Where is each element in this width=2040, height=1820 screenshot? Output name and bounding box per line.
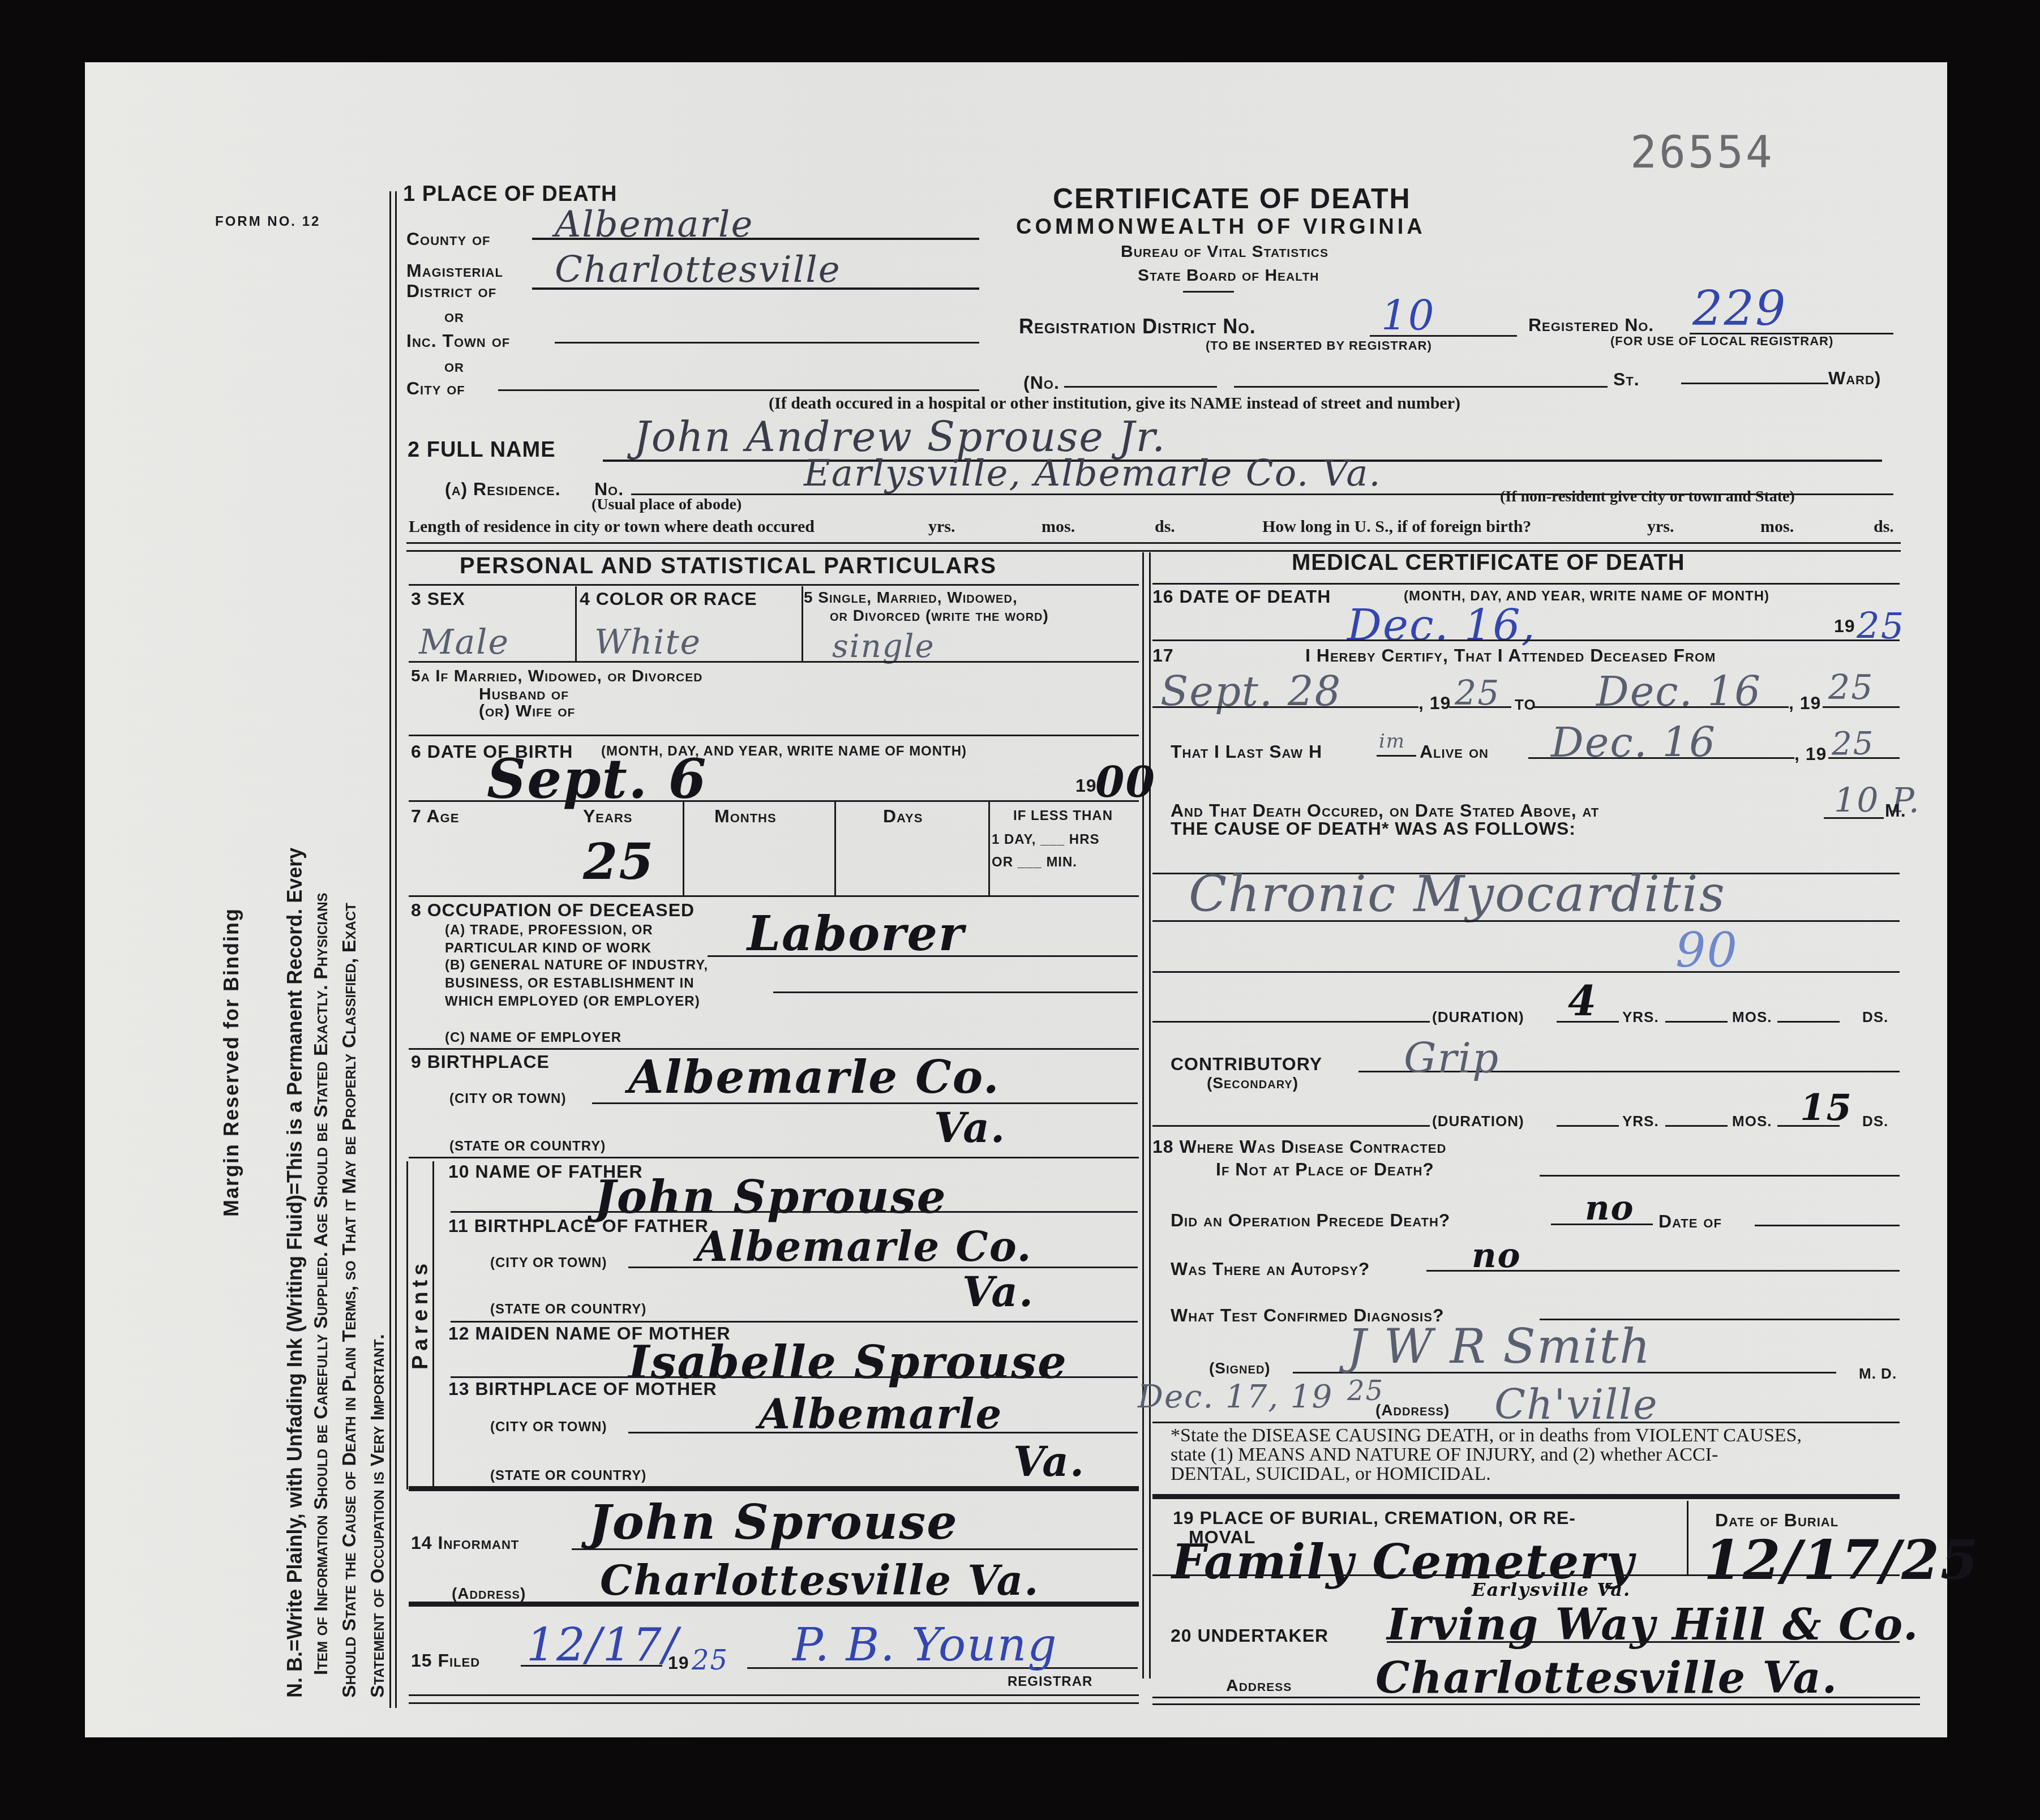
certificate-title: Certificate of Death — [1053, 182, 1411, 215]
duration-lead-line-1 — [1152, 1021, 1430, 1023]
duration-mos-2: mos. — [1732, 1113, 1772, 1130]
city-label: City of — [406, 378, 465, 399]
institution-note: (If death occured in a hospital or other… — [769, 394, 1460, 413]
footnote-line-1: *State the DISEASE CAUSING DEATH, or in … — [1171, 1425, 1802, 1446]
marital-label-1: 5 Single, Married, Widowed, — [804, 589, 1018, 607]
inc-town-label: Inc. Town of — [406, 330, 510, 351]
contracted-label-1: 18 Where Was Disease Contracted — [1152, 1136, 1446, 1157]
foreign-mos: mos. — [1760, 517, 1794, 536]
or-label-1: or — [444, 306, 464, 327]
row-rule-age — [409, 895, 1139, 897]
last-saw-year-line — [1828, 757, 1900, 759]
duration-yrs-2: yrs. — [1622, 1113, 1659, 1130]
contracted-line — [1540, 1175, 1900, 1177]
last-saw-value[interactable]: Dec. 16 — [1551, 719, 1716, 766]
autopsy-value[interactable]: no — [1472, 1236, 1522, 1276]
mother-birth-state-value[interactable]: Va. — [1013, 1437, 1085, 1486]
father-name-line — [451, 1211, 1138, 1213]
less-than-1: if less than — [1013, 808, 1113, 824]
bottom-rule-left-2 — [409, 1702, 1139, 1704]
filed-label: 15 Filed — [411, 1650, 480, 1671]
age-divider-2 — [834, 801, 836, 895]
notice-line-3: Should State the Cause of Death in Plain… — [338, 903, 361, 1698]
employer-name-label: (c) name of employer — [445, 1030, 622, 1046]
row-rule-medical — [1152, 1494, 1900, 1499]
age-divider-1 — [683, 801, 684, 895]
row-rule-parents — [409, 1486, 1139, 1491]
informant-address-label: (Address) — [452, 1585, 526, 1603]
attended-to-year-line — [1823, 706, 1900, 708]
bottom-rule-left-1 — [409, 1694, 1139, 1696]
residence-note: (Usual place of abode) — [592, 496, 742, 514]
foreign-birth-label: How long in U. S., if of foreign birth? — [1262, 517, 1531, 536]
dob-year-prefix: 19 — [1075, 775, 1097, 796]
marital-value[interactable]: single — [832, 628, 935, 665]
secondary-label: (Secondary) — [1207, 1074, 1298, 1092]
operation-label: Did an Operation Precede Death? — [1171, 1210, 1450, 1231]
father-birth-city-value[interactable]: Albemarle Co. — [696, 1222, 1032, 1270]
filed-value[interactable]: 12/17/ — [526, 1619, 679, 1671]
less-than-2: 1 day, ___ hrs — [992, 832, 1100, 848]
operation-date-line — [1755, 1225, 1900, 1226]
occupation-a-1: (a) trade, profession, or — [445, 922, 653, 938]
residence-value[interactable]: Earlysville, Albemarle Co. Va. — [804, 453, 1382, 495]
notice-line-1: N. B.=Write Plainly, with Unfading Ink (… — [283, 848, 307, 1698]
less-than-3: or ___ min. — [992, 855, 1077, 870]
row-rule-informant — [409, 1602, 1139, 1607]
row-rule-birthplace — [409, 1157, 1139, 1158]
length-mos: mos. — [1042, 517, 1075, 536]
father-state-line — [451, 1321, 1138, 1323]
column-divider-inner — [1149, 552, 1151, 1679]
ward-label: Ward) — [1828, 368, 1882, 389]
board-label: State Board of Health — [1138, 266, 1319, 285]
duration-mos-line-2 — [1665, 1125, 1728, 1127]
attended-from-line — [1152, 706, 1418, 708]
burial-place-label-1: 19 Place of Burial, Cremation, or Re- — [1173, 1508, 1576, 1529]
birthplace-state-value[interactable]: Va. — [934, 1104, 1006, 1152]
magisterial-label: Magisterial — [406, 260, 503, 281]
bureau-label: Bureau of Vital Statistics — [1121, 242, 1328, 261]
city-line — [498, 389, 979, 391]
physician-address-label: (Address) — [1375, 1401, 1450, 1419]
occupation-b-2: business, or establishment in — [445, 976, 695, 991]
father-birthplace-label: 11 Birthplace of Father — [448, 1216, 709, 1237]
duration-years-value[interactable]: 4 — [1568, 977, 1597, 1025]
dod-value[interactable]: Dec. 16, — [1347, 600, 1536, 650]
birthplace-city-value[interactable]: Albemarle Co. — [628, 1050, 1000, 1104]
sex-divider — [575, 586, 577, 661]
mother-birthplace-label: 13 Birthplace of Mother — [448, 1379, 717, 1400]
county-label: County of — [406, 229, 491, 250]
length-of-residence-label: Length of residence in city or town wher… — [409, 517, 815, 536]
employer-nature-line — [773, 991, 1138, 993]
attended-to-19: , 19 — [1789, 693, 1821, 714]
cause-code[interactable]: 90 — [1675, 922, 1738, 978]
full-name-label: 2 Full Name — [408, 438, 556, 462]
operation-date-label: Date of — [1658, 1211, 1722, 1232]
md-label: M. D. — [1859, 1365, 1897, 1383]
form-left-border — [389, 191, 391, 1708]
undertaker-line — [1387, 1641, 1900, 1643]
bottom-rule-right-2 — [1152, 1703, 1920, 1705]
physician-address-line — [1152, 1422, 1900, 1423]
race-divider — [802, 586, 803, 661]
attended-to-value[interactable]: Dec. 16 — [1596, 668, 1762, 715]
duration-label-2: (duration) — [1432, 1113, 1524, 1130]
last-saw-line — [1528, 757, 1794, 759]
race-value[interactable]: White — [594, 623, 701, 662]
row-rule-spouse — [409, 735, 1139, 736]
contracted-label-2: If Not at Place of Death? — [1216, 1159, 1434, 1180]
county-value[interactable]: Albemarle — [555, 204, 753, 246]
filed-year-prefix: 19 — [668, 1652, 689, 1673]
section-rule-1 — [406, 542, 1901, 544]
occurred-line — [1824, 817, 1884, 819]
father-birth-state-value[interactable]: Va. — [962, 1268, 1034, 1316]
binding-margin-label: Margin Reserved for Binding — [220, 908, 243, 1217]
registrar-label: Registrar — [1008, 1674, 1092, 1690]
registered-no-value[interactable]: 229 — [1692, 281, 1786, 336]
certificate-number: 26554 — [1630, 127, 1775, 178]
parents-divider — [406, 1161, 408, 1490]
age-years-label: Years — [583, 806, 632, 827]
father-city-label: (city or town) — [490, 1255, 607, 1271]
signed-label: (Signed) — [1209, 1359, 1271, 1377]
spouse-label-2: Husband of — [479, 685, 569, 704]
medical-heading: Medical Certificate of Death — [1292, 550, 1685, 576]
notice-line-2: Item of Information Should be Carefully … — [310, 892, 332, 1675]
undertaker-address-value[interactable]: Charlottesville Va. — [1375, 1652, 1838, 1703]
mother-city-label: (city or town) — [490, 1419, 607, 1435]
undertaker-label: 20 Undertaker — [1171, 1625, 1328, 1646]
spouse-label-3: (or) Wife of — [479, 702, 575, 721]
birthplace-city-label: (city or town) — [449, 1091, 566, 1107]
contributory-duration-days[interactable]: 15 — [1800, 1087, 1853, 1129]
duration-yrs-1: yrs. — [1622, 1008, 1659, 1026]
column-divider — [1142, 552, 1144, 1679]
residence-label: (a) Residence. — [445, 479, 561, 500]
nonresident-note: (If non-resident give city or town and S… — [1500, 488, 1795, 506]
district-label: District of — [406, 281, 496, 302]
cause-label: The Cause of Death* was as follows: — [1171, 818, 1576, 839]
dod-label: 16 Date of Death — [1152, 586, 1331, 607]
footnote-line-3: DENTAL, SUICIDAL, or HOMICIDAL. — [1171, 1463, 1491, 1485]
occupation-b-3: which employed (or employer) — [445, 994, 700, 1010]
district-note: (to be inserted by registrar) — [1206, 338, 1432, 353]
magisterial-value[interactable]: Charlottesville — [555, 249, 841, 291]
cause-line-2 — [1152, 920, 1900, 922]
registered-no-label: Registered No. — [1528, 315, 1654, 336]
duration-mos-line-1 — [1665, 1021, 1728, 1023]
attended-from-19: , 19 — [1418, 693, 1451, 714]
operation-value[interactable]: no — [1585, 1188, 1635, 1228]
signed-date[interactable]: Dec. 17, 19 — [1138, 1379, 1333, 1415]
street-no-label: (No. — [1023, 372, 1060, 393]
form-left-border-inner — [395, 191, 397, 1708]
notice-line-4: Statement of Occupation is Very Importan… — [367, 1334, 389, 1698]
street-st-label: St. — [1613, 369, 1640, 390]
sex-value[interactable]: Male — [419, 623, 509, 662]
duration-ds-line-1 — [1777, 1021, 1840, 1023]
burial-date-divider — [1687, 1501, 1688, 1574]
duration-ds-2: ds. — [1862, 1113, 1888, 1130]
row-rule-occupation — [409, 1048, 1139, 1050]
age-years-value[interactable]: 25 — [583, 832, 654, 891]
dod-line — [1152, 639, 1900, 641]
last-saw-h-line — [1377, 755, 1416, 757]
occupation-a-2: particular kind of work — [445, 941, 652, 956]
burial-date-value[interactable]: 12/17/25 — [1704, 1528, 1979, 1592]
mother-state-label: (state or country) — [490, 1468, 646, 1484]
undertaker-address-label: Address — [1226, 1676, 1292, 1695]
last-saw-label: That I Last Saw H — [1171, 741, 1322, 762]
birthplace-state-label: (state or country) — [449, 1139, 606, 1154]
occupation-value[interactable]: Laborer — [747, 905, 965, 961]
length-yrs: yrs. — [928, 517, 955, 536]
form-number: Form No. 12 — [215, 214, 320, 230]
burial-place-extra[interactable]: Earlysville Va. — [1472, 1579, 1631, 1600]
footnote-line-2: state (1) MEANS AND NATURE OF INJURY, an… — [1171, 1444, 1718, 1466]
inc-town-line — [555, 342, 979, 344]
age-label: 7 Age — [411, 806, 459, 827]
age-days-label: Days — [883, 806, 923, 827]
row-rule-sex — [409, 661, 1139, 663]
informant-label: 14 Informant — [411, 1533, 519, 1553]
attended-from-value[interactable]: Sept. 28 — [1160, 668, 1342, 715]
dod-year-prefix: 19 — [1834, 616, 1855, 637]
certify-number: 17 — [1152, 645, 1174, 666]
age-divider-3 — [988, 801, 990, 895]
spouse-label-1: 5a If Married, Widowed, or Divorced — [411, 667, 702, 686]
m-label: M. — [1885, 800, 1906, 821]
mother-birth-city-value[interactable]: Albemarle — [758, 1390, 1002, 1438]
foreign-ds: ds. — [1874, 517, 1894, 536]
duration-label-1: (duration) — [1432, 1008, 1524, 1026]
personal-heading: Personal and Statistical Particulars — [460, 553, 997, 579]
street-line — [1234, 386, 1608, 388]
parents-side-label: Parents — [409, 1259, 433, 1370]
registered-note: (for use of local registrar) — [1610, 334, 1833, 349]
race-label: 4 Color or Race — [580, 589, 757, 609]
certify-text: I Hereby Certify, That I Attended Deceas… — [1305, 645, 1716, 666]
attended-to-year[interactable]: 25 — [1828, 668, 1874, 707]
to-label: to — [1515, 696, 1536, 714]
mother-name-line — [451, 1376, 1138, 1378]
duration-ds-1: ds. — [1862, 1008, 1888, 1026]
physician-signature[interactable]: J W R Smith — [1347, 1319, 1651, 1374]
filed-year[interactable]: 25 — [692, 1645, 728, 1676]
title-rule — [1183, 291, 1234, 293]
autopsy-label: Was There an Autopsy? — [1171, 1259, 1370, 1280]
attended-from-year-line — [1449, 706, 1511, 708]
contributory-label: Contributory — [1171, 1054, 1322, 1075]
sex-label: 3 Sex — [411, 589, 465, 609]
registrar-signature[interactable]: P. B. Young — [792, 1619, 1057, 1671]
row-rule-dob — [409, 800, 1139, 802]
age-months-label: Months — [714, 806, 777, 827]
duration-mos-1: mos. — [1732, 1008, 1772, 1026]
personal-rule — [409, 584, 1139, 586]
commonwealth-subtitle: Commonwealth of Virginia — [1016, 215, 1426, 239]
place-of-death-heading: 1 Place of Death — [403, 182, 617, 207]
informant-address-value[interactable]: Charlottesville Va. — [600, 1556, 1039, 1604]
bottom-rule-right-1 — [1152, 1697, 1920, 1698]
last-saw-him[interactable]: im — [1379, 730, 1405, 753]
occupation-label: 8 Occupation of Deceased — [411, 900, 695, 921]
registration-district-label: Registration District No. — [1019, 315, 1256, 338]
registration-district-value[interactable]: 10 — [1381, 292, 1435, 340]
length-ds: ds. — [1155, 517, 1175, 536]
last-saw-19: , 19 — [1794, 744, 1827, 765]
contributory-value[interactable]: Grip — [1404, 1035, 1499, 1082]
marital-label-2: or Divorced (write the word) — [830, 607, 1049, 625]
father-state-label: (state or country) — [490, 1302, 646, 1317]
duration-yrs-line-2 — [1557, 1125, 1619, 1127]
cause-line-3 — [1152, 971, 1900, 973]
informant-value[interactable]: John Sprouse — [589, 1494, 958, 1550]
burial-line — [1152, 1574, 1900, 1576]
birthplace-label: 9 Birthplace — [411, 1051, 550, 1072]
duration-lead-line-2 — [1152, 1125, 1430, 1127]
medical-rule — [1152, 583, 1900, 585]
ward-line — [1681, 383, 1828, 384]
street-no-line — [1064, 386, 1217, 388]
occupation-b-1: (b) general nature of industry, — [445, 958, 708, 973]
alive-on-label: Alive on — [1420, 741, 1489, 762]
foreign-yrs: yrs. — [1647, 517, 1674, 536]
or-label-2: or — [444, 355, 464, 376]
cause-value[interactable]: Chronic Myocarditis — [1189, 865, 1726, 923]
occurred-time[interactable]: 10 P. — [1834, 781, 1921, 821]
attended-to-line — [1534, 706, 1789, 708]
